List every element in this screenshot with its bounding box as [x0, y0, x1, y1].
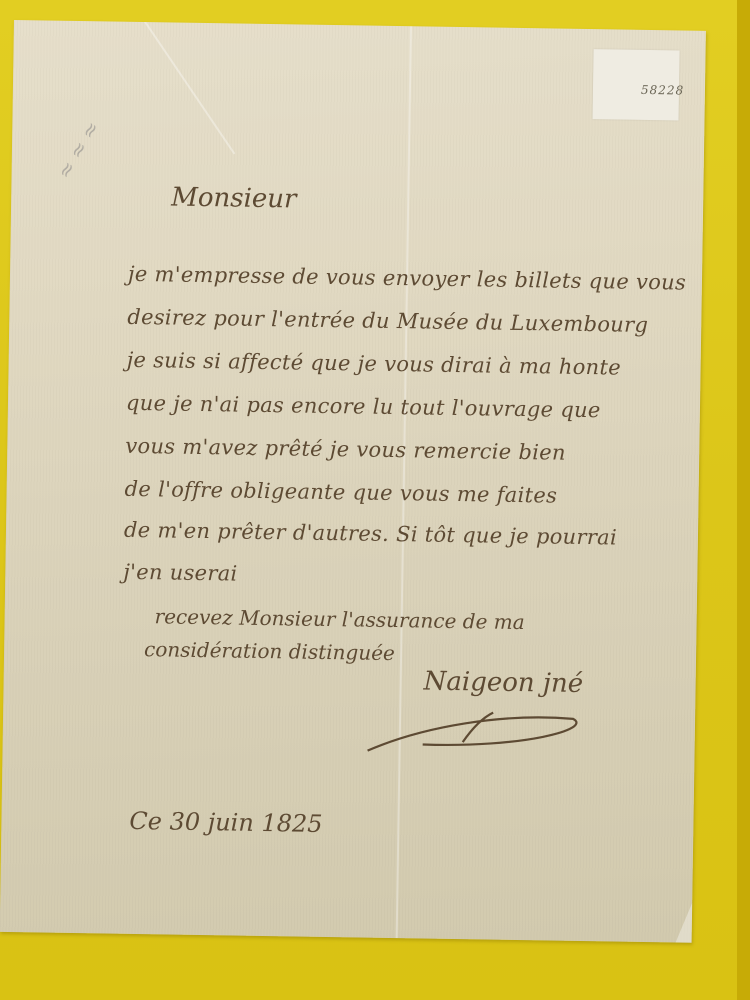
letter-line: desirez pour l'entrée du Musée du Luxemb…: [127, 305, 648, 337]
corner-tear: [676, 903, 693, 943]
paper-crease: [144, 21, 235, 155]
letter-line: de m'en prêter d'autres. Si tôt que je p…: [124, 518, 617, 550]
signature-flourish: [362, 706, 583, 759]
letter-paper: 58228 ≈ ≈ ≈ Monsieur je m'empresse de vo…: [0, 20, 706, 943]
letter-line: que je n'ai pas encore lu tout l'ouvrage…: [126, 391, 601, 422]
pencil-annotation: ≈ ≈ ≈: [52, 117, 105, 183]
letter-line: j'en userai: [123, 560, 238, 586]
signature: Naigeon jné: [423, 667, 583, 700]
backdrop-edge: [737, 0, 750, 1000]
letter-salutation: Monsieur: [171, 182, 297, 214]
letter-line: de l'offre obligeante que vous me faites: [124, 477, 557, 508]
letter-line: je m'empresse de vous envoyer les billet…: [128, 262, 686, 295]
letter-line: je suis si affecté que je vous dirai à m…: [126, 348, 621, 380]
letter-closing: recevez Monsieur l'assurance de ma: [154, 604, 524, 634]
letter-line: vous m'avez prêté je vous remercie bien: [125, 434, 566, 465]
letter-date: Ce 30 juin 1825: [129, 807, 323, 838]
archive-number: 58228: [641, 83, 684, 98]
letter-closing: considération distinguée: [144, 637, 395, 665]
